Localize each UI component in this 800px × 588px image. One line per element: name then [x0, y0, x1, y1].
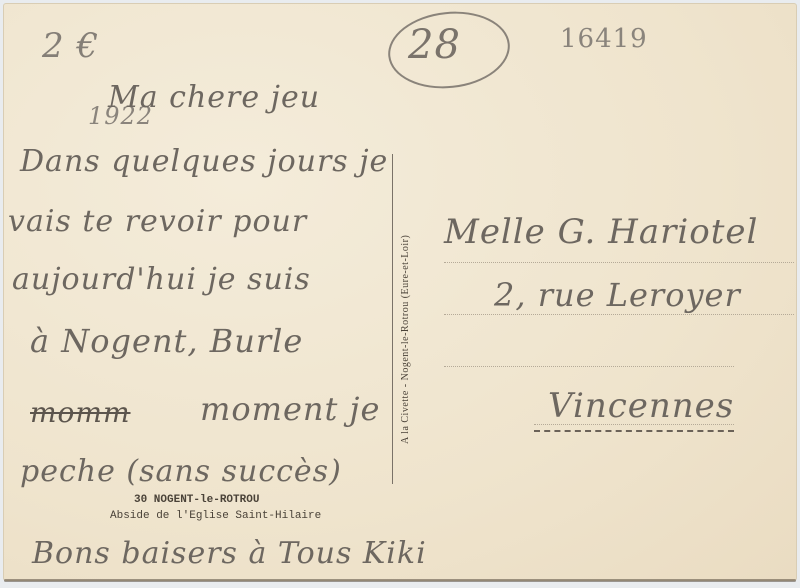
postcard-back: 2 € 28 16419 1922 Ma chere jeu Dans quel… [4, 4, 796, 580]
reference-number: 16419 [560, 24, 648, 54]
message-line-5: à Nogent, Burle [30, 322, 303, 360]
address-street: 2, rue Leroyer [494, 276, 741, 314]
price-note: 2 € [42, 26, 99, 66]
address-line-city-underline [534, 430, 734, 432]
address-city: Vincennes [548, 386, 734, 426]
caption-subtitle: Abside de l'Eglise Saint-Hilaire [110, 510, 321, 522]
message-struck-word: momm [30, 396, 131, 429]
message-line-1: Ma chere jeu [108, 80, 320, 115]
message-line-7: peche (sans succès) [20, 454, 342, 489]
caption-title: 30 NOGENT-le-ROTROU [134, 494, 259, 506]
message-line-8: Bons baisers à Tous Kiki [32, 536, 427, 571]
address-line-1 [444, 262, 794, 263]
message-line-3: vais te revoir pour [8, 204, 307, 239]
publisher-credit: A la Civette - Nogent-le-Rotrou (Eure-et… [400, 235, 411, 444]
address-line-3 [444, 366, 734, 367]
message-line-6: moment je [200, 390, 380, 428]
address-name: Melle G. Hariotel [444, 212, 758, 252]
message-line-2: Dans quelques jours je [20, 144, 388, 179]
circled-number: 28 [408, 22, 461, 68]
divider-line [392, 154, 393, 484]
address-line-2 [444, 314, 794, 315]
message-line-4: aujourd'hui je suis [12, 262, 311, 297]
